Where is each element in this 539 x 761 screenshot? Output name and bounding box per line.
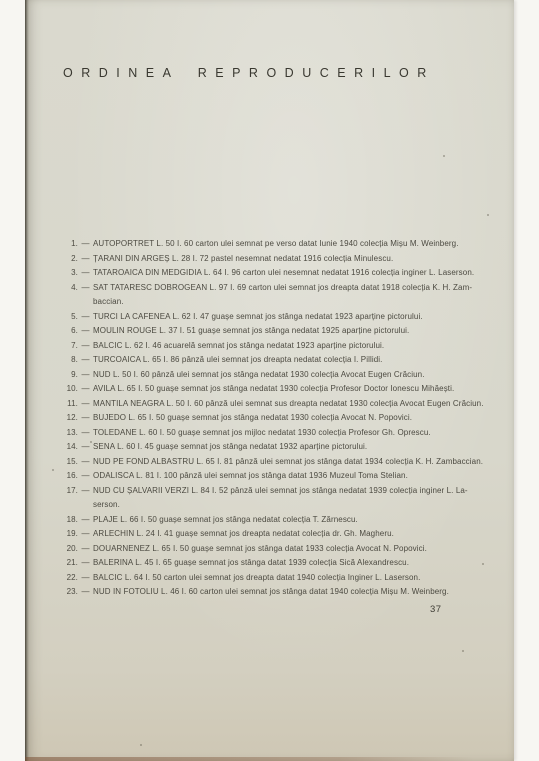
entry-number: 4. [55, 281, 78, 310]
entry-number: 7. [55, 339, 78, 354]
entry-text: MANTILA NEAGRA L. 50 I. 60 pânză ulei se… [93, 397, 514, 412]
entry-number: 23. [55, 585, 78, 600]
catalog-entry: 19.—ARLECHIN L. 24 I. 41 guașe semnat jo… [25, 527, 514, 542]
catalog-entry: 21.—BALERINA L. 45 I. 65 guașe semnat jo… [25, 556, 514, 571]
entry-text: DOUARNENEZ L. 65 I. 50 guașe semnat jos … [93, 542, 514, 557]
entry-dash: — [78, 368, 93, 383]
entry-text: TURCI LA CAFENEA L. 62 I. 47 guașe semna… [93, 310, 514, 325]
catalog-entry: 14.—SENA L. 60 I. 45 guașe semnat jos st… [25, 440, 514, 455]
entry-dash: — [78, 397, 93, 412]
paper-speck [443, 155, 445, 157]
catalog-entry: 2.—ȚARANI DIN ARGEȘ L. 28 I. 72 pastel n… [25, 252, 514, 267]
entry-dash: — [78, 266, 93, 281]
catalog-entry: 20.—DOUARNENEZ L. 65 I. 50 guașe semnat … [25, 542, 514, 557]
paper-speck [482, 563, 484, 565]
entries-list: 1.—AUTOPORTRET L. 50 I. 60 carton ulei s… [25, 237, 514, 600]
entry-number: 18. [55, 513, 78, 528]
entry-text: NUD IN FOTOLIU L. 46 I. 60 carton ulei s… [93, 585, 514, 600]
entry-dash: — [78, 542, 93, 557]
entry-text: BALCIC L. 64 I. 50 carton ulei semnat jo… [93, 571, 514, 586]
entry-number: 19. [55, 527, 78, 542]
entry-text: ODALISCA L. 81 I. 100 pânză ulei semnat … [93, 469, 514, 484]
entry-dash: — [78, 310, 93, 325]
book-page: ORDINEA REPRODUCERILOR 1.—AUTOPORTRET L.… [25, 0, 514, 761]
entry-text: AUTOPORTRET L. 50 I. 60 carton ulei semn… [93, 237, 514, 252]
entry-number: 13. [55, 426, 78, 441]
entry-dash: — [78, 324, 93, 339]
entry-number: 22. [55, 571, 78, 586]
catalog-entry: 13.—TOLEDANE L. 60 I. 50 guașe semnat jo… [25, 426, 514, 441]
entry-text: NUD L. 50 I. 60 pânză ulei semnat jos st… [93, 368, 514, 383]
entry-dash: — [78, 585, 93, 600]
scanned-book-photo: ORDINEA REPRODUCERILOR 1.—AUTOPORTRET L.… [0, 0, 539, 761]
catalog-entry: 11.—MANTILA NEAGRA L. 50 I. 60 pânză ule… [25, 397, 514, 412]
catalog-entry: 9.—NUD L. 50 I. 60 pânză ulei semnat jos… [25, 368, 514, 383]
entry-number: 11. [55, 397, 78, 412]
entry-dash: — [78, 455, 93, 470]
catalog-entry: 4.—SAT TATARESC DOBROGEAN L. 97 I. 69 ca… [25, 281, 514, 310]
catalog-entry: 15.—NUD PE FOND ALBASTRU L. 65 I. 81 pân… [25, 455, 514, 470]
entry-text: BALERINA L. 45 I. 65 guașe semnat jos st… [93, 556, 514, 571]
entry-text: NUD CU ȘALVARII VERZI L. 84 I. 52 pânză … [93, 484, 514, 513]
entry-text: BALCIC L. 62 I. 46 acuarelă semnat jos s… [93, 339, 514, 354]
entry-dash: — [78, 411, 93, 426]
entry-dash: — [78, 571, 93, 586]
entry-number: 14. [55, 440, 78, 455]
catalog-entry: 16.—ODALISCA L. 81 I. 100 pânză ulei sem… [25, 469, 514, 484]
paper-speck [487, 214, 489, 216]
catalog-entry: 3.—TATAROAICA DIN MEDGIDIA L. 64 I. 96 c… [25, 266, 514, 281]
entry-text: TATAROAICA DIN MEDGIDIA L. 64 I. 96 cart… [93, 266, 514, 281]
entry-text: ȚARANI DIN ARGEȘ L. 28 I. 72 pastel nese… [93, 252, 514, 267]
entry-number: 3. [55, 266, 78, 281]
entry-text: AVILA L. 65 I. 50 guașe semnat jos stâng… [93, 382, 514, 397]
catalog-entry: 7.—BALCIC L. 62 I. 46 acuarelă semnat jo… [25, 339, 514, 354]
entry-number: 12. [55, 411, 78, 426]
entry-number: 2. [55, 252, 78, 267]
catalog-entry: 8.—TURCOAICA L. 65 I. 86 pânză ulei semn… [25, 353, 514, 368]
entry-number: 8. [55, 353, 78, 368]
entry-text: ARLECHIN L. 24 I. 41 guașe semnat jos dr… [93, 527, 514, 542]
paper-speck [52, 469, 54, 471]
catalog-entry: 18.—PLAJE L. 66 I. 50 guașe semnat jos s… [25, 513, 514, 528]
entry-dash: — [78, 281, 93, 310]
entry-dash: — [78, 469, 93, 484]
catalog-entry: 1.—AUTOPORTRET L. 50 I. 60 carton ulei s… [25, 237, 514, 252]
entry-number: 5. [55, 310, 78, 325]
catalog-entry: 23.—NUD IN FOTOLIU L. 46 I. 60 carton ul… [25, 585, 514, 600]
entry-dash: — [78, 353, 93, 368]
entry-dash: — [78, 513, 93, 528]
entry-number: 17. [55, 484, 78, 513]
entry-text: SENA L. 60 I. 45 guașe semnat jos stânga… [93, 440, 514, 455]
entry-text: TURCOAICA L. 65 I. 86 pânză ulei semnat … [93, 353, 514, 368]
catalog-entry: 22.—BALCIC L. 64 I. 50 carton ulei semna… [25, 571, 514, 586]
entry-text: MOULIN ROUGE L. 37 I. 51 guașe semnat jo… [93, 324, 514, 339]
entry-number: 21. [55, 556, 78, 571]
entry-dash: — [78, 237, 93, 252]
entry-dash: — [78, 382, 93, 397]
paper-speck [140, 744, 142, 746]
catalog-entry: 10.—AVILA L. 65 I. 50 guașe semnat jos s… [25, 382, 514, 397]
entry-dash: — [78, 252, 93, 267]
entry-number: 16. [55, 469, 78, 484]
entry-number: 15. [55, 455, 78, 470]
entry-dash: — [78, 426, 93, 441]
catalog-entry: 12.—BUJEDO L. 65 I. 50 guașe semnat jos … [25, 411, 514, 426]
entry-number: 20. [55, 542, 78, 557]
page-title: ORDINEA REPRODUCERILOR [63, 66, 435, 80]
catalog-entry: 5.—TURCI LA CAFENEA L. 62 I. 47 guașe se… [25, 310, 514, 325]
entry-number: 10. [55, 382, 78, 397]
entry-number: 6. [55, 324, 78, 339]
entry-number: 9. [55, 368, 78, 383]
entry-dash: — [78, 556, 93, 571]
entry-text: PLAJE L. 66 I. 50 guașe semnat jos stâng… [93, 513, 514, 528]
paper-speck [90, 441, 92, 443]
entry-text: SAT TATARESC DOBROGEAN L. 97 I. 69 carto… [93, 281, 514, 310]
entry-dash: — [78, 484, 93, 513]
entry-dash: — [78, 527, 93, 542]
entry-text: NUD PE FOND ALBASTRU L. 65 I. 81 pânză u… [93, 455, 514, 470]
catalog-entry: 6.—MOULIN ROUGE L. 37 I. 51 guașe semnat… [25, 324, 514, 339]
entry-text: BUJEDO L. 65 I. 50 guașe semnat jos stân… [93, 411, 514, 426]
entry-number: 1. [55, 237, 78, 252]
page-number: 37 [430, 604, 442, 615]
catalog-entry: 17.—NUD CU ȘALVARII VERZI L. 84 I. 52 pâ… [25, 484, 514, 513]
paper-speck [462, 650, 464, 652]
entry-dash: — [78, 339, 93, 354]
entry-text: TOLEDANE L. 60 I. 50 guașe semnat jos mi… [93, 426, 514, 441]
